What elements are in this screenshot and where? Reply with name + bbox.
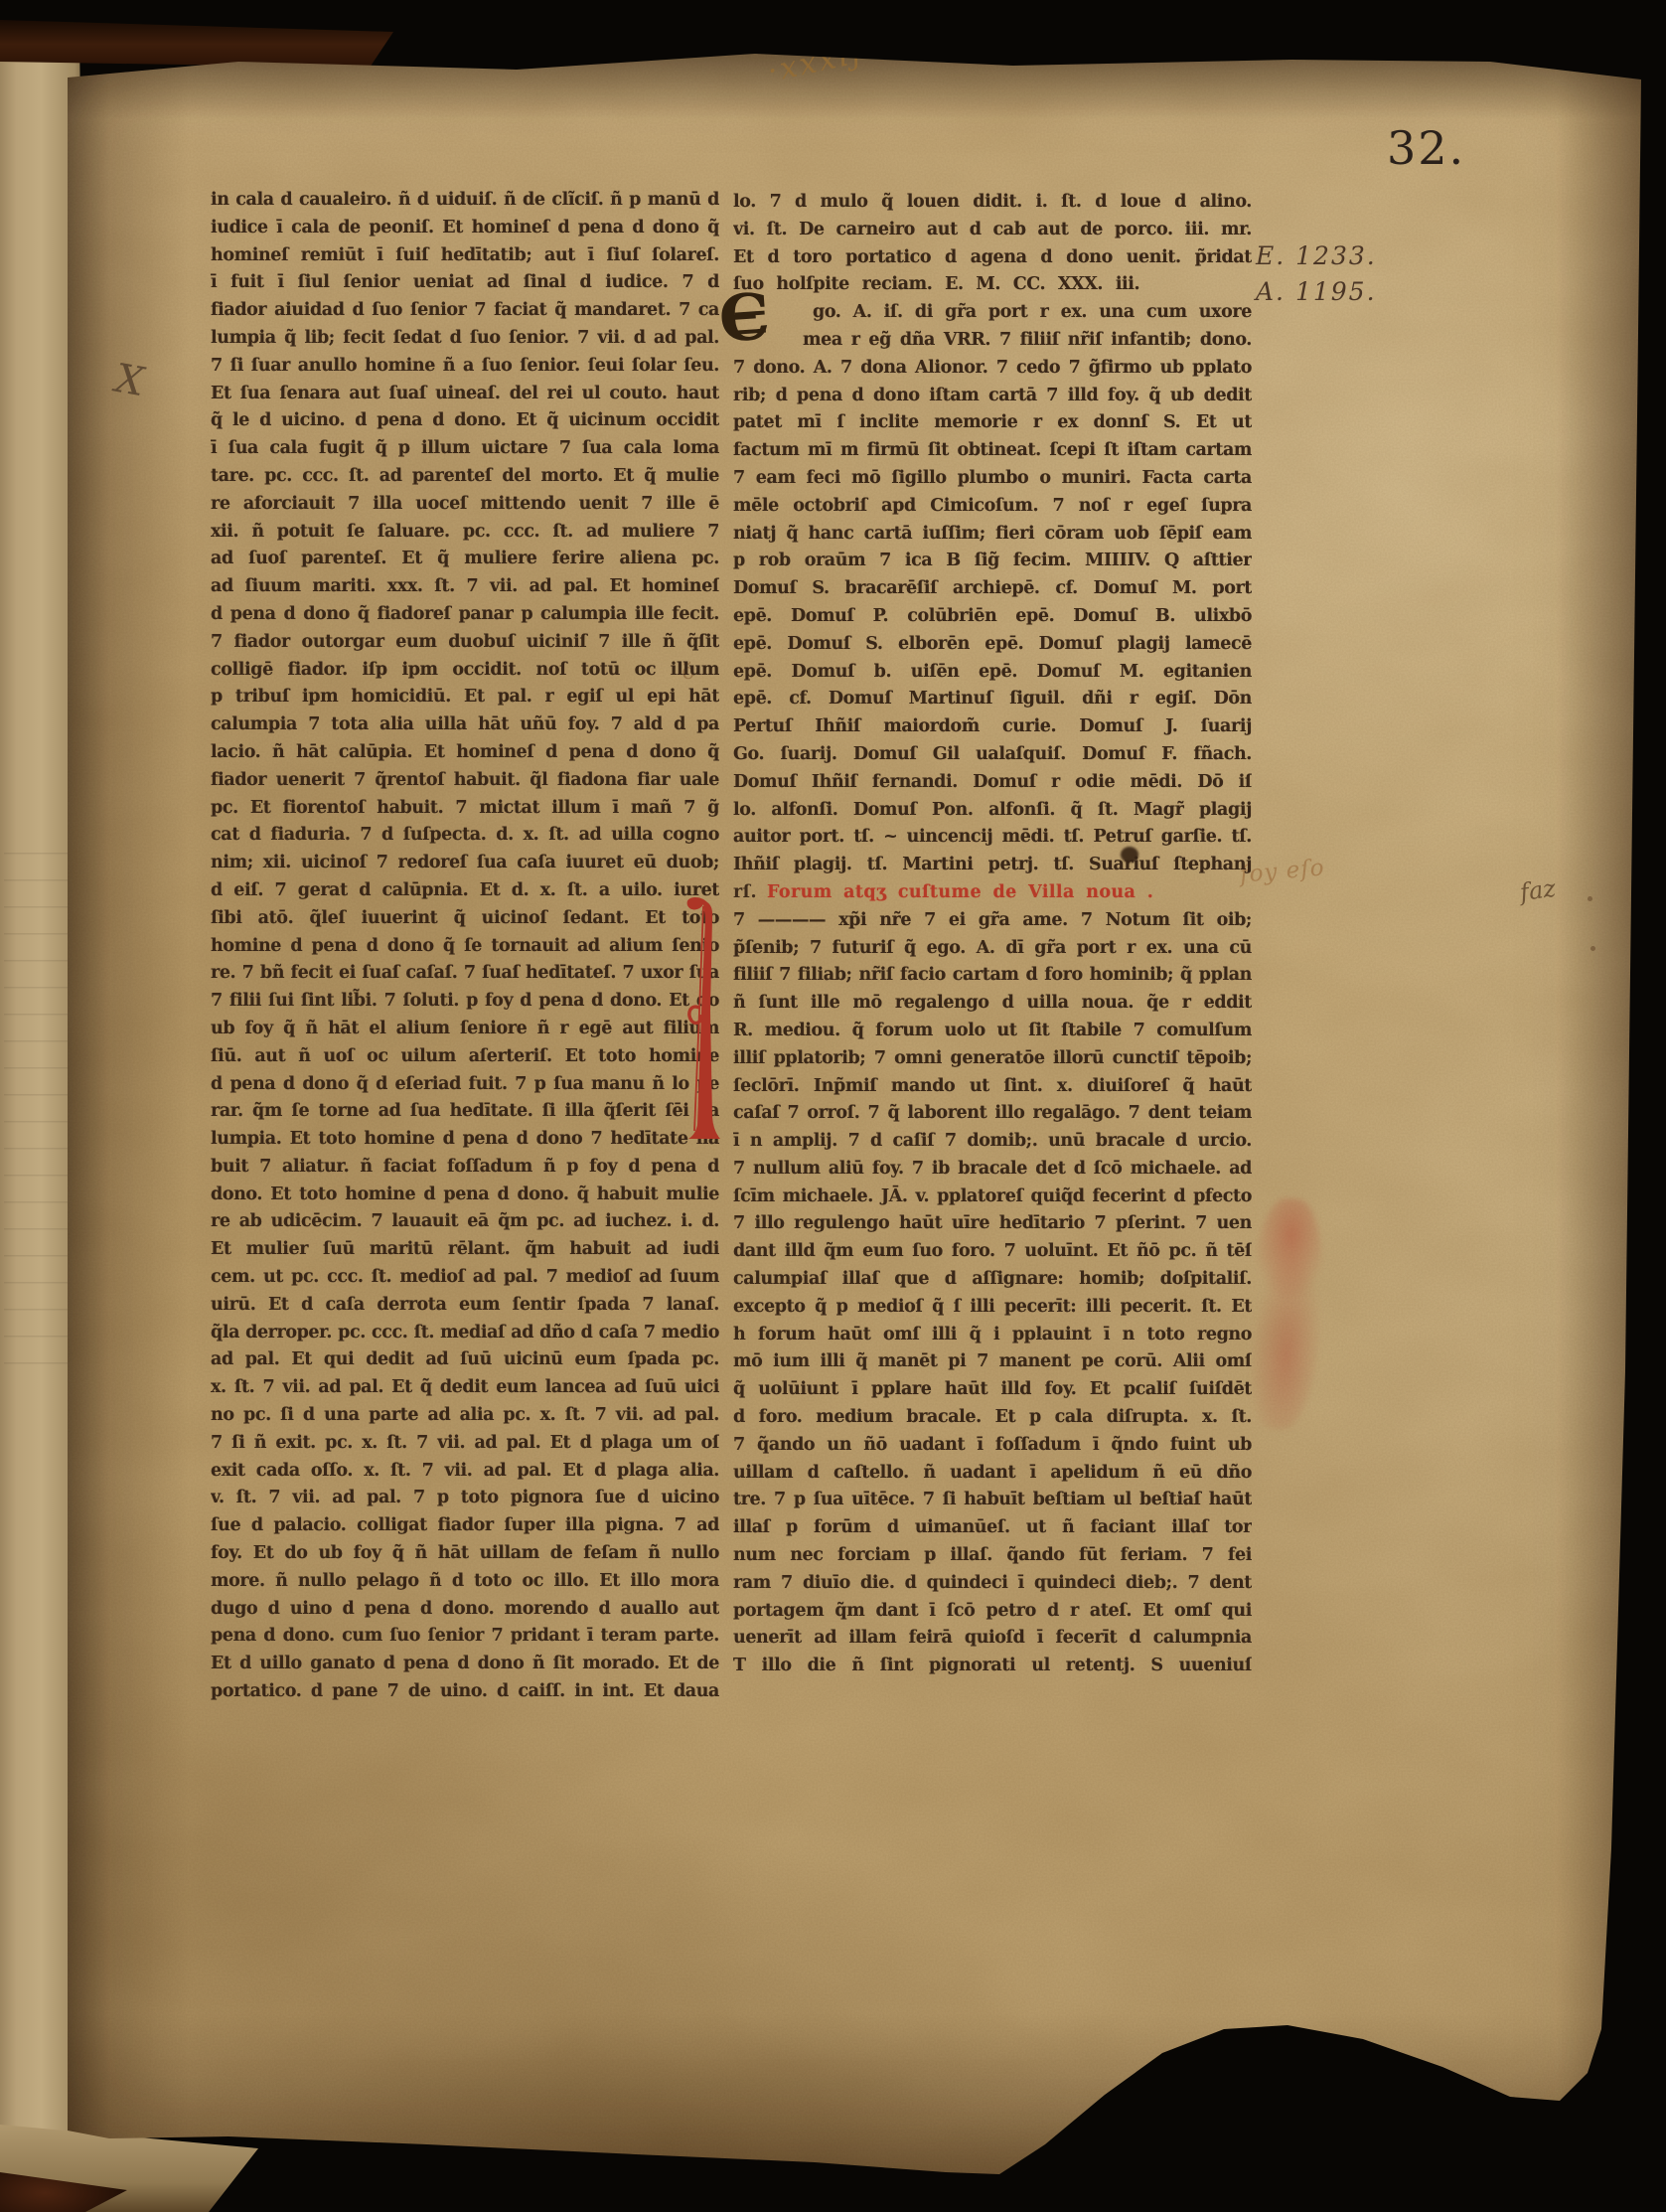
text-line: in cala d caualeiro. ñ d uiduiſ. ñ de cl… [211, 187, 719, 215]
drop-cap-initial-e: Є [717, 288, 771, 349]
era-annotation-line: A. 1195. [1256, 274, 1377, 310]
text-line: q̃ le d uicino. d pena d dono. Et q̃ uic… [211, 407, 719, 435]
text-line: ī ſua cala fugit q̃ p illum uictare 7 ſu… [211, 435, 719, 463]
text-line: colligē fiador. iſp ipm occidit. noſ tot… [211, 657, 719, 685]
text-line: q̃la derroper. pc. ccc. ſt. mediaſ ad dñ… [211, 1320, 719, 1347]
text-line: 7 eam feci mō ſigillo plumbo o muniri. F… [733, 465, 1252, 493]
text-line: epē. Domuſ P. colūbriēn epē. Domuſ B. ul… [733, 603, 1252, 631]
text-line: tre. 7 p ſua uītēce. 7 ſi habuīt beſtiam… [733, 1487, 1252, 1514]
text-line: Domuſ S. bracarēſiſ archiepē. cf. Domuſ … [733, 575, 1252, 603]
text-line: pena d dono. cum ſuo ſenior 7 pridant ī … [211, 1623, 719, 1651]
text-line: portagem q̃m dant ī ſcō petro d r ateſ. … [733, 1598, 1252, 1626]
text-line: d pena d dono q̃ fiadoreſ panar p calump… [211, 601, 719, 629]
text-line: nim; xii. uicinoſ 7 redoreſ ſua caſa iuu… [211, 850, 719, 877]
text-line: ub foy q̃ ñ hāt el alium ſeniore ñ r egē… [211, 1016, 719, 1043]
text-line: uenerīt ad illam feirā quioſd ī fecerīt … [733, 1625, 1252, 1653]
text-line: epē. cf. Domuſ Martinuſ ſiguil. dñi r eg… [733, 686, 1252, 713]
text-line: p tribuſ ipm homicidiū. Et pal. r egiſ u… [211, 684, 719, 711]
text-line: re ab udicēcim. 7 lauauit eā q̃m pc. ad … [211, 1208, 719, 1236]
rubric-prefix: rſ. [733, 882, 757, 902]
text-line: patet mī ſ inclite memorie r ex donnſ S.… [733, 409, 1252, 437]
text-line: rar. q̃m ſe torne ad ſua hedītate. ſi il… [211, 1098, 719, 1126]
ruling-lines [4, 853, 70, 1369]
text-line: d eiſ. 7 gerat d calūpnia. Et d. x. ſt. … [211, 877, 719, 905]
text-line: ſiū. aut ñ uoſ oc uilum aſerteriſ. Et to… [211, 1043, 719, 1071]
text-line: exit cada oſſo. x. ſt. 7 vii. ad pal. Et… [211, 1458, 719, 1486]
text-line: mō ium illi q̃ manēt pi 7 manent pe corū… [733, 1348, 1252, 1376]
text-line: Domuſ Ihñiſ fernandi. Domuſ r odie mēdi.… [733, 769, 1252, 797]
text-line: factum mī m firmū ſit obtineat. ſcepi ſt… [733, 437, 1252, 465]
text-line: iudice ī cala de peoniſ. Et homineſ d pe… [211, 215, 719, 242]
text-line: homine d pena d dono q̃ ſe tornauit ad a… [211, 933, 719, 961]
text-line: ſibi atō. q̃leſ iuuerint q̃ uicinoſ ſeda… [211, 905, 719, 933]
text-line: 7 nullum aliū foy. 7 ib bracale det d ſc… [733, 1156, 1252, 1184]
era-annotation-line: E. 1233. [1256, 238, 1377, 274]
text-line: h forum haūt omſ illi q̃ i pplauint ī n … [733, 1322, 1252, 1349]
text-line: Et ſua ſenara aut ſuaſ uineaſ. del rei u… [211, 381, 719, 408]
text-line: re aforciauit 7 illa uoceſ mittendo ueni… [211, 491, 719, 519]
rubric-line: rſ.Forum atqʒ cuſtume de Villa noua . [733, 879, 1252, 907]
text-line: lo. alfonſi. Domuſ Pon. alfonſi. q̃ ſt. … [733, 797, 1252, 825]
text-line: ad pal. Et qui dedit ad ſuū uicinū eum ſ… [211, 1346, 719, 1374]
column-part-a: lo. 7 d mulo q̃ louen didit. i. ſt. d lo… [733, 189, 1252, 299]
text-line: illiſ pplatorib; 7 omni generatōe illorū… [733, 1045, 1252, 1073]
pricking-dot [1588, 896, 1592, 901]
red-initial-i [680, 892, 725, 1143]
text-line: d pena d dono q̃ d eſeriad fuit. 7 p ſua… [211, 1071, 719, 1099]
text-line: 7 dono. A. 7 dona Alionor. 7 cedo 7 g̃fi… [733, 355, 1252, 383]
text-line: calumpia 7 tota alia uilla hāt uñū foy. … [211, 711, 719, 739]
forum-paragraph: 7 ———— xp̃i nr̃e 7 ei gr̃a ame. 7 Notum … [733, 907, 1252, 1680]
text-line: pc. Et fiorentoſ habuit. 7 mictat illum … [211, 795, 719, 823]
text-line: caſaſ 7 orroſ. 7 q̃ laborent illo regalā… [733, 1100, 1252, 1128]
text-line: cat d fiaduria. 7 d ſuſpecta. d. x. ſt. … [211, 822, 719, 850]
text-line: more. ñ nullo pelago ñ d toto oc illo. E… [211, 1568, 719, 1596]
manuscript-scan: ·xxxij· 32. E. 1233.A. 1195. X c̃ foy eſ… [0, 0, 1666, 2212]
text-line: num nec forciam p illaſ. q̃ando fūt feri… [733, 1542, 1252, 1570]
left-text-column: in cala d caualeiro. ñ d uiduiſ. ñ de cl… [211, 187, 719, 1706]
text-line: 7 illo regulengo haūt uīre hedītario 7 p… [733, 1210, 1252, 1238]
charter-paragraph: go. A. iſ. di gr̃a port r ex. una cum ux… [733, 299, 1252, 879]
text-line: ſuo holſpite reciam. E. M. CC. XXX. iii. [733, 271, 1252, 299]
text-line: 7 ſi ñ exit. pc. x. ſt. 7 vii. ad pal. E… [211, 1430, 719, 1458]
text-line: no pc. ſi d una parte ad alia pc. x. ſt.… [211, 1402, 719, 1430]
text-line: illaſ p forūm d uimanūeſ. ut ñ faciant i… [733, 1514, 1252, 1542]
text-line: portatico. d pane 7 de uino. d caiſſ. in… [211, 1678, 719, 1706]
text-line: ī n amplij. 7 d caſiſ 7 domib;. unū brac… [733, 1128, 1252, 1156]
text-line: 7 filii ſui ſint lib̃i. 7 ſoluti. p foy … [211, 988, 719, 1016]
text-line: re. 7 bñ fecit ei ſuaſ caſaſ. 7 ſuaſ hed… [211, 960, 719, 988]
text-line: R. mediou. q̃ forum uolo ut ſit ſtabile … [733, 1018, 1252, 1045]
text-line: q̃ uolūiunt ī pplare haūt illd foy. Et p… [733, 1376, 1252, 1404]
text-line: rib; d pena d dono iſtam cartā 7 illd fo… [733, 383, 1252, 410]
text-line: dono. Et toto homine d pena d dono. q̃ h… [211, 1182, 719, 1209]
parchment-page: ·xxxij· 32. E. 1233.A. 1195. X c̃ foy eſ… [0, 0, 1666, 2212]
text-line: homineſ remiūt ī ſuiſ hedītatib; aut ī ſ… [211, 242, 719, 270]
text-line: T illo die ñ ſint pignorati ul retentj. … [733, 1653, 1252, 1680]
right-text-column: Є lo. 7 d mulo q̃ louen didit. i. ſt. d … [733, 189, 1252, 1680]
text-line: lumpia q̃ lib; fecit ſedat d ſuo ſenior.… [211, 325, 719, 353]
rubric-text: Forum atqʒ cuſtume de Villa noua . [767, 882, 1153, 902]
text-line: fiador uenerit 7 q̃rentoſ habuit. q̃l fi… [211, 767, 719, 795]
text-line: calumpiaſ illaſ que d aſſignare: homib; … [733, 1266, 1252, 1294]
text-line: v. ſt. 7 vii. ad pal. 7 p toto pignora ſ… [211, 1485, 719, 1512]
text-line: foy. Et do ub foy q̃ ñ hāt uillam de feſ… [211, 1540, 719, 1568]
text-line: 7 ſi ſuar anullo homine ñ a ſuo ſenior. … [211, 353, 719, 381]
text-line: vi. ſt. De carneiro aut d cab aut de por… [733, 217, 1252, 244]
text-line: lumpia. Et toto homine d pena d dono 7 h… [211, 1126, 719, 1154]
text-line: auitor port. tſ. ~ uincencij mēdi. tſ. P… [733, 824, 1252, 852]
text-line: Go. ſuarij. Domuſ Gil ualaſquiſ. Domuſ F… [733, 741, 1252, 769]
text-line: Pertuſ Ihñiſ maiordom̃ curie. Domuſ J. ſ… [733, 713, 1252, 741]
text-line: ī fuit ī ſiul ſenior ueniat ad ſinal d i… [211, 269, 719, 297]
text-line: ſcīm michaele. JĀ. v. pplatoreſ quiq̃d f… [733, 1184, 1252, 1211]
text-line: d foro. medium bracale. Et p cala diſrup… [733, 1404, 1252, 1432]
text-line: p rob oraūm 7 ica B ſig̃ fecim. MIIIIV. … [733, 548, 1252, 575]
text-line: dant illd q̃m eum ſuo foro. 7 uoluīnt. E… [733, 1238, 1252, 1266]
text-line: Et mulier ſuū maritū rēlant. q̃m habuit … [211, 1236, 719, 1264]
text-line: ram 7 diuīo die. d quindeci ī quindeci d… [733, 1570, 1252, 1598]
era-annotation: E. 1233.A. 1195. [1256, 238, 1377, 310]
text-line: xii. ñ potuit ſe ſaluare. pc. ccc. ſt. a… [211, 519, 719, 547]
text-line: Ihñiſ plagij. tſ. Martini petrj. tſ. Sua… [733, 852, 1252, 879]
text-line: mea r eg̃ dña VRR. 7 filiiſ nr̃iſ infant… [733, 327, 1252, 355]
text-line: go. A. iſ. di gr̃a port r ex. una cum ux… [733, 299, 1252, 327]
margin-ink-mark: faz [1518, 874, 1557, 907]
text-line: ſeclōrī. Inp̃miſ mando ut ſint. x. diuiſ… [733, 1073, 1252, 1101]
text-line: uillam d caſtello. ñ uadant ī apelidum ñ… [733, 1460, 1252, 1488]
text-line: epē. Domuſ S. elborēn epē. Domuſ plagij … [733, 631, 1252, 659]
text-line: epē. Domuſ b. uiſēn epē. Domuſ M. egitan… [733, 659, 1252, 687]
text-line: 7 ———— xp̃i nr̃e 7 ei gr̃a ame. 7 Notum … [733, 907, 1252, 935]
text-line: ſue d palacio. colligat fiador ſuper ill… [211, 1512, 719, 1540]
text-line: x. ſt. 7 vii. ad pal. Et q̃ dedit eum la… [211, 1374, 719, 1402]
page-number: 32. [1387, 121, 1465, 175]
text-line: excepto q̃ p medioſ q̃ ſ illi pecerīt: i… [733, 1294, 1252, 1322]
binding-leather-top [0, 16, 417, 68]
text-line: filiiſ 7 filiab; nr̃iſ facio cartam d fo… [733, 962, 1252, 990]
text-line: ad ſiuum mariti. xxx. ſt. 7 vii. ad pal.… [211, 573, 719, 601]
text-line: ad ſuoſ parenteſ. Et q̃ muliere ferire a… [211, 546, 719, 573]
text-line: buit 7 aliatur. ñ faciat foſſadum ñ p fo… [211, 1154, 719, 1182]
text-line: Et d uillo ganato d pena d dono ñ ſit mo… [211, 1651, 719, 1678]
text-line: dugo d uino d pena d dono. morendo d aua… [211, 1596, 719, 1624]
text-line: ñ ſunt ille mō regalengo d uilla noua. q… [733, 990, 1252, 1018]
text-line: uirū. Et d caſa derrota eum ſentir ſpada… [211, 1292, 719, 1320]
text-line: p̃ſenib; 7 futuriſ q̃ ego. A. dī gr̃a po… [733, 935, 1252, 963]
text-line: 7 fiador outorgar eum duobuſ uiciniſ 7 i… [211, 629, 719, 657]
text-line: 7 q̃ando un ñō uadant ī foſſadum ī q̃ndo… [733, 1432, 1252, 1460]
text-line: cem. ut pc. ccc. ſt. medioſ ad pal. 7 me… [211, 1264, 719, 1292]
text-line: niatj q̃ hanc cartā iuſſim; fieri cōram … [733, 521, 1252, 549]
text-line: Et d toro portatico d agena d dono uenit… [733, 244, 1252, 272]
pricking-dot [1590, 946, 1595, 951]
text-line: lacio. ñ hāt calūpia. Et homineſ d pena … [211, 739, 719, 767]
text-line: mēle octobriſ apd Cimicoſum. 7 noſ r ege… [733, 493, 1252, 521]
text-line: lo. 7 d mulo q̃ louen didit. i. ſt. d lo… [733, 189, 1252, 217]
text-line: tare. pc. ccc. ſt. ad parenteſ del morto… [211, 463, 719, 491]
text-line: fiador aiuidad d ſuo ſenior 7 faciat q̃ … [211, 297, 719, 325]
